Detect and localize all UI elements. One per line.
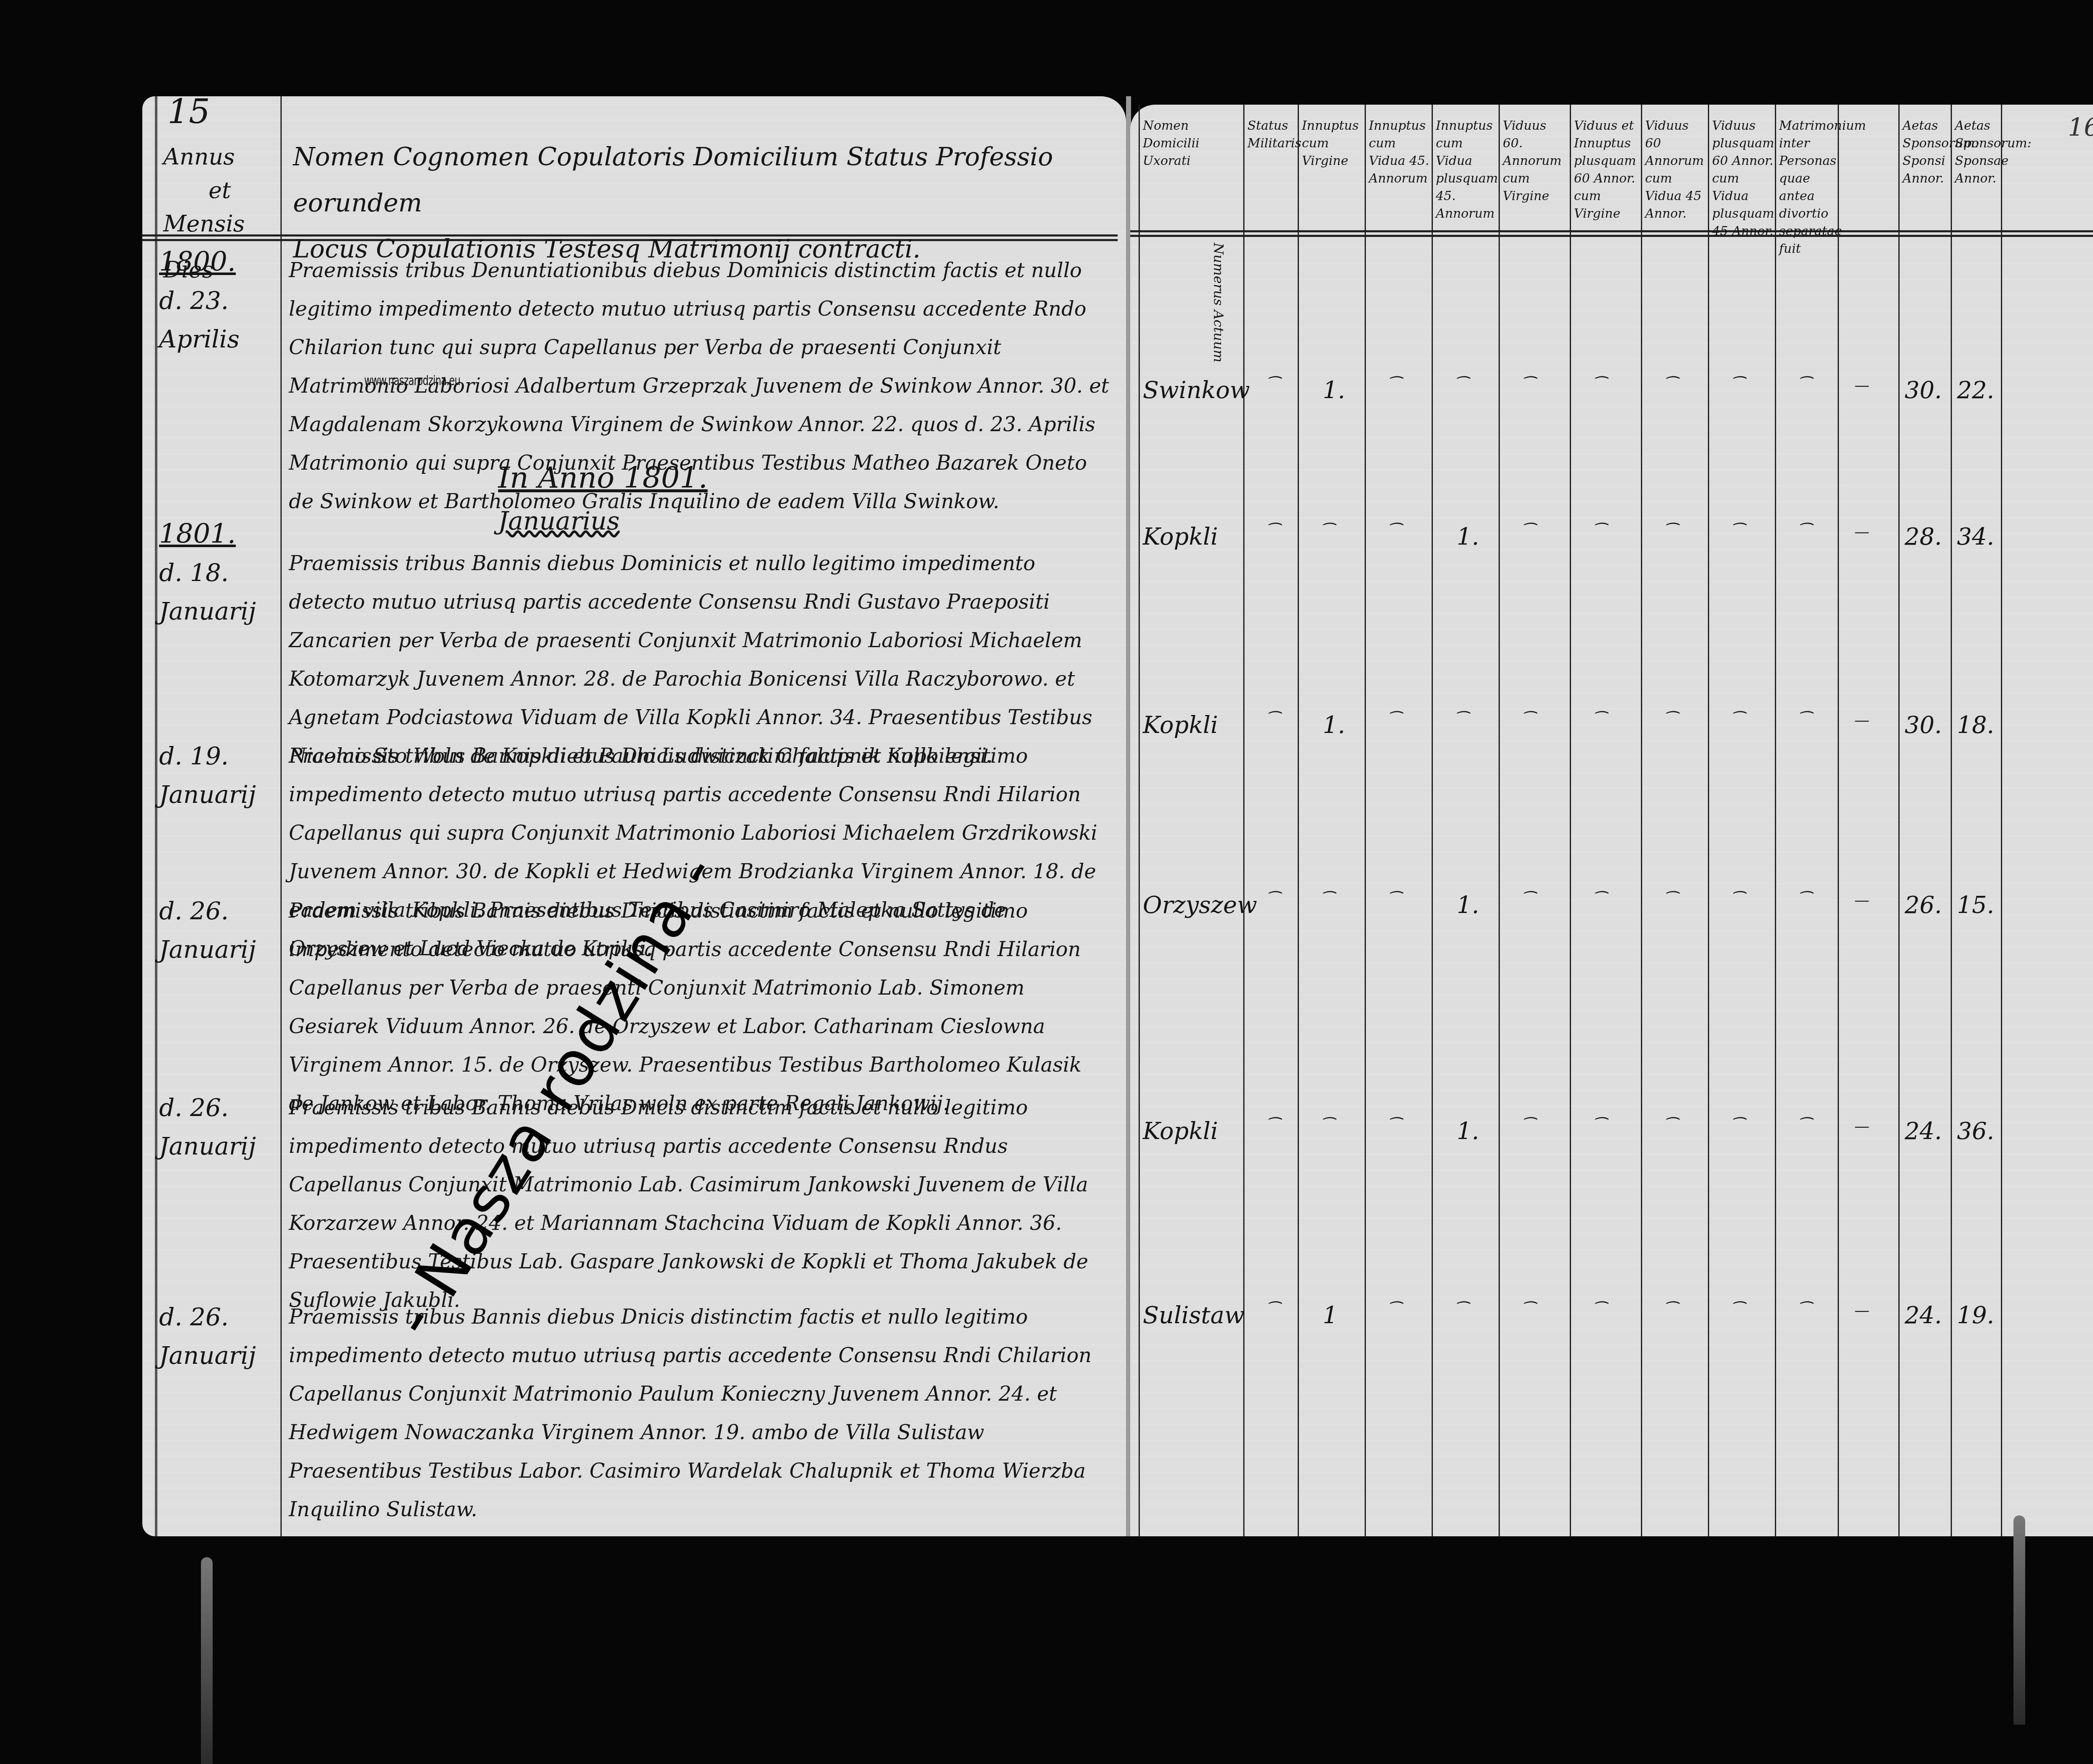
row-divorce-dash: — — [1854, 1118, 1869, 1135]
header-et: et — [163, 180, 276, 201]
row-empty-dash: ⁀ — [1731, 523, 1743, 540]
row-empty-dash: ⁀ — [1388, 1302, 1400, 1319]
row-empty-dash: ⁀ — [1321, 892, 1333, 909]
month-heading: Januarius — [498, 507, 620, 536]
row-empty-dash: ⁀ — [1731, 1302, 1743, 1319]
row-domicile: Kopkli — [1143, 712, 1218, 739]
year-heading: In Anno 1801. — [498, 460, 708, 495]
row-empty-dash: ⁀ — [1731, 892, 1743, 909]
table-column-line — [1951, 105, 1952, 1536]
table-column-line — [1775, 105, 1776, 1536]
row-divorce-dash: — — [1854, 377, 1869, 394]
row-empty-dash: ⁀ — [1266, 712, 1278, 729]
row-domicile: Orzyszew — [1143, 892, 1257, 919]
book-stand-right — [2013, 1515, 2025, 1725]
row-empty-dash: ⁀ — [1266, 1118, 1278, 1135]
row-domicile: Sulistaw — [1143, 1302, 1244, 1329]
table-column-line — [1365, 105, 1366, 1536]
table-column-header: Aetas Sponsorum: Sponsi Annor. — [1901, 117, 1952, 188]
row-bride-age: 34. — [1957, 523, 1994, 550]
row-empty-dash: ⁀ — [1664, 712, 1676, 729]
row-category-mark: 1. — [1457, 892, 1479, 919]
table-column-header: Innuptus cum Vidua 45. Annorum — [1367, 117, 1433, 188]
row-empty-dash: ⁀ — [1731, 1118, 1743, 1135]
header-line-1: Nomen Cognomen Copulatoris Domicilium St… — [293, 134, 1109, 226]
row-empty-dash: ⁀ — [1798, 1302, 1810, 1319]
table-column-header: Viduus et Innuptus plusquam 60 Annor. cu… — [1572, 117, 1643, 223]
row-empty-dash: ⁀ — [1455, 712, 1467, 729]
row-empty-dash: ⁀ — [1593, 523, 1605, 540]
row-empty-dash: ⁀ — [1522, 892, 1534, 909]
row-empty-dash: ⁀ — [1664, 892, 1676, 909]
row-domicile: Kopkli — [1143, 523, 1218, 550]
row-bride-age: 22. — [1957, 377, 1994, 404]
table-column-line — [2001, 105, 2002, 1536]
row-empty-dash: ⁀ — [1522, 377, 1534, 394]
row-empty-dash: ⁀ — [1798, 892, 1810, 909]
row-empty-dash: ⁀ — [1731, 377, 1743, 394]
row-empty-dash: ⁀ — [1798, 523, 1810, 540]
row-groom-age: 30. — [1905, 712, 1942, 739]
row-category-mark: 1. — [1323, 712, 1345, 739]
row-groom-age: 24. — [1905, 1118, 1942, 1145]
table-column-header: Matrimonium inter Personas quae antea di… — [1777, 117, 1839, 258]
table-column-header: Viduus plusquam 60 Annor. cum Vidua plus… — [1710, 117, 1777, 240]
row-bride-age: 19. — [1957, 1302, 1994, 1329]
left-page: 15 Annus et Mensis Dies Nomen Cognomen C… — [142, 96, 1126, 1536]
row-empty-dash: ⁀ — [1798, 1118, 1810, 1135]
row-empty-dash: ⁀ — [1593, 712, 1605, 729]
entry-date: 1801. d. 18. Januarij — [159, 515, 276, 630]
row-empty-dash: ⁀ — [1522, 523, 1534, 540]
row-empty-dash: ⁀ — [1522, 1302, 1534, 1319]
row-empty-dash: ⁀ — [1266, 523, 1278, 540]
entry-date: d. 26. Januarij — [159, 1298, 276, 1375]
row-empty-dash: ⁀ — [1388, 1118, 1400, 1135]
book-stand-left — [201, 1557, 213, 1764]
numerus-actuum-annotation: Numerus Actuum — [1211, 243, 1226, 363]
entry-date: d. 19. Januarij — [159, 737, 276, 814]
row-divorce-dash: — — [1854, 892, 1869, 909]
table-column-line — [1298, 105, 1299, 1536]
row-domicile: Kopkli — [1143, 1118, 1218, 1145]
row-empty-dash: ⁀ — [1798, 712, 1810, 729]
table-column-line — [1570, 105, 1571, 1536]
row-bride-age: 18. — [1957, 712, 1994, 739]
table-column-line — [1838, 105, 1839, 1536]
column-divider — [280, 96, 282, 1536]
row-empty-dash: ⁀ — [1455, 1302, 1467, 1319]
row-empty-dash: ⁀ — [1664, 377, 1676, 394]
row-groom-age: 28. — [1905, 523, 1942, 550]
year-marker: 1800. — [159, 243, 276, 281]
entry-date: 1800. d. 23. Aprilis — [159, 243, 276, 358]
table-column-line — [1139, 105, 1140, 1536]
page-edge — [155, 96, 157, 1536]
row-groom-age: 26. — [1905, 892, 1942, 919]
row-category-mark: 1. — [1457, 523, 1479, 550]
date: d. 23. Aprilis — [159, 281, 276, 358]
table-column-line — [1499, 105, 1500, 1536]
row-empty-dash: ⁀ — [1388, 523, 1400, 540]
row-empty-dash: ⁀ — [1522, 712, 1534, 729]
date: d. 18. Januarij — [159, 553, 276, 630]
table-column-line — [1708, 105, 1709, 1536]
row-empty-dash: ⁀ — [1593, 377, 1605, 394]
page-number-right: 16 — [2068, 113, 2093, 142]
row-empty-dash: ⁀ — [1593, 892, 1605, 909]
row-empty-dash: ⁀ — [1522, 1118, 1534, 1135]
row-category-mark: 1 — [1323, 1302, 1338, 1329]
entry-date: d. 26. Januarij — [159, 892, 276, 969]
row-groom-age: 24. — [1905, 1302, 1942, 1329]
row-empty-dash: ⁀ — [1731, 712, 1743, 729]
table-column-header: Viduus 60. Annorum cum Virgine — [1501, 117, 1571, 205]
row-empty-dash: ⁀ — [1321, 1118, 1333, 1135]
row-category-mark: 1. — [1323, 377, 1345, 404]
table-column-line — [1641, 105, 1642, 1536]
header-annus: Annus — [163, 134, 276, 180]
right-page: Nomen Domicilii UxoratiStatus MilitarisI… — [1130, 105, 2093, 1536]
row-empty-dash: ⁀ — [1388, 712, 1400, 729]
row-bride-age: 36. — [1957, 1118, 1994, 1145]
row-divorce-dash: — — [1854, 523, 1869, 540]
table-column-header: Innuptus cum Vidua plusquam 45. Annorum — [1434, 117, 1500, 223]
page-number-left: 15 — [167, 92, 210, 131]
row-empty-dash: ⁀ — [1664, 523, 1676, 540]
row-empty-dash: ⁀ — [1266, 1302, 1278, 1319]
table-column-header: Viduus 60 Annorum cum Vidua 45 Annor. — [1643, 117, 1710, 223]
table-column-header: Aetas Sponsorum: Sponsae Annor. — [1953, 117, 2003, 188]
table-column-header: Status Militaris — [1246, 117, 1299, 152]
row-domicile: Swinkow — [1143, 377, 1250, 404]
entry-date: d. 26. Januarij — [159, 1088, 276, 1165]
row-bride-age: 15. — [1957, 892, 1994, 919]
row-empty-dash: ⁀ — [1266, 892, 1278, 909]
row-empty-dash: ⁀ — [1266, 377, 1278, 394]
row-empty-dash: ⁀ — [1455, 377, 1467, 394]
year-marker: 1801. — [159, 515, 276, 553]
row-empty-dash: ⁀ — [1664, 1302, 1676, 1319]
row-empty-dash: ⁀ — [1593, 1302, 1605, 1319]
row-empty-dash: ⁀ — [1321, 523, 1333, 540]
table-column-line — [1432, 105, 1433, 1536]
row-divorce-dash: — — [1854, 1302, 1869, 1319]
table-column-line — [1898, 105, 1900, 1536]
row-empty-dash: ⁀ — [1798, 377, 1810, 394]
row-divorce-dash: — — [1854, 712, 1869, 729]
table-column-header: Innuptus cum Virgine — [1300, 117, 1366, 170]
row-empty-dash: ⁀ — [1664, 1118, 1676, 1135]
row-empty-dash: ⁀ — [1388, 892, 1400, 909]
header-rule — [1130, 230, 2093, 237]
row-empty-dash: ⁀ — [1593, 1118, 1605, 1135]
row-category-mark: 1. — [1457, 1118, 1479, 1145]
row-groom-age: 30. — [1905, 377, 1942, 404]
row-empty-dash: ⁀ — [1388, 377, 1400, 394]
table-column-header: Nomen Domicilii Uxorati — [1141, 117, 1245, 170]
